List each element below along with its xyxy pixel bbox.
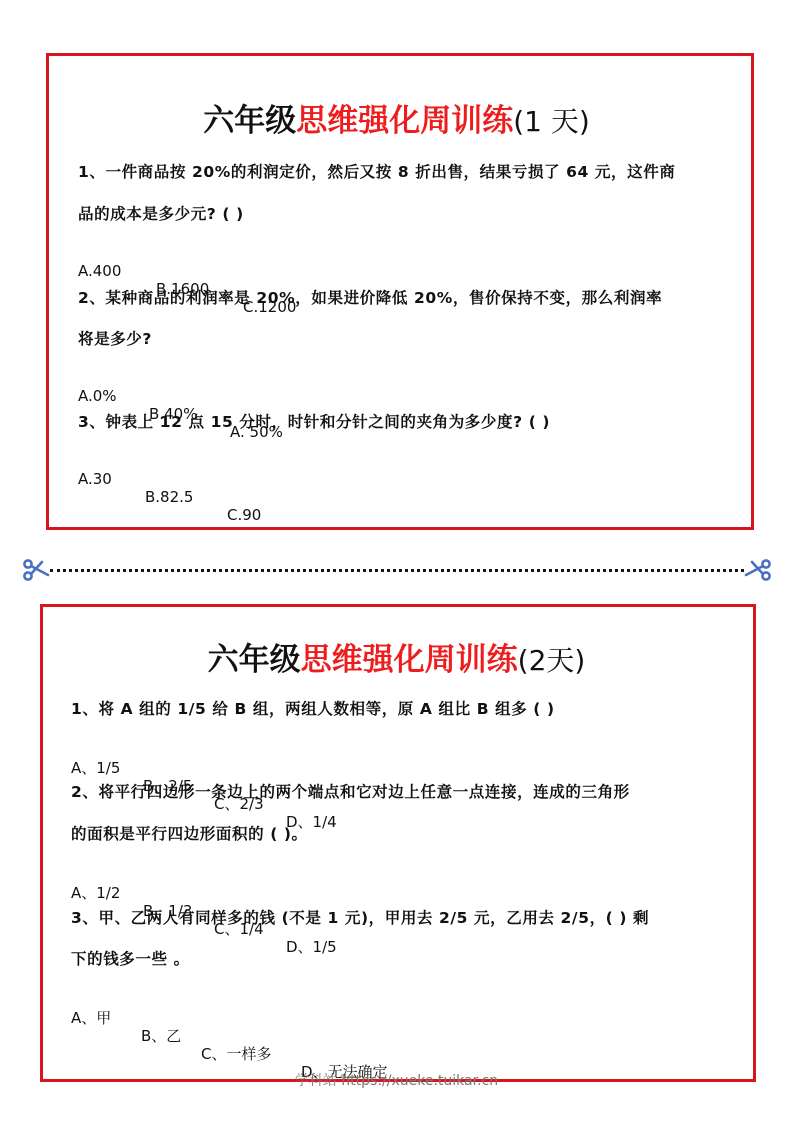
day2-q2-option-d: D、1/5 xyxy=(286,936,337,957)
day2-q2-line2: 的面积是平行四边形面积的 ( )。 xyxy=(71,822,308,844)
day1-q3-option-b: B.82.5 xyxy=(145,488,193,506)
day2-q3-line2: 下的钱多一些 。 xyxy=(71,947,190,969)
day1-q3-line1: 3、钟表上 12 点 15 分时，时针和分针之间的夹角为多少度? ( ) xyxy=(78,410,550,432)
day1-q1-option-a: A.400 xyxy=(78,262,121,280)
scissors-icon xyxy=(744,557,772,583)
day2-title-suffix: (2天) xyxy=(518,644,586,677)
day1-title-highlight: 思维强化周训练 xyxy=(296,103,513,139)
day1-q1-line2: 品的成本是多少元? ( ) xyxy=(78,202,244,224)
day1-q2-line2: 将是多少? xyxy=(78,327,152,349)
day2-q1-line1: 1、将 A 组的 1/5 给 B 组，两组人数相等，原 A 组比 B 组多 ( … xyxy=(71,697,555,719)
day2-q2-option-a: A、1/2 xyxy=(71,882,120,903)
cut-dotted-line xyxy=(50,569,744,572)
day2-q3-option-b: B、乙 xyxy=(141,1025,181,1046)
day1-title-prefix: 六年级 xyxy=(203,103,296,139)
day2-q3-option-a: A、甲 xyxy=(71,1007,111,1028)
day2-q3-options: A、甲 B、乙 C、一样多 D、无法确定 xyxy=(71,989,81,1079)
day1-q2-line1: 2、某种商品的利润率是 20%，如果进价降低 20%，售价保持不变，那么利润率 xyxy=(78,286,662,308)
day1-q3-options: A.30 B.82.5 C.90 xyxy=(78,452,88,524)
day2-title-prefix: 六年级 xyxy=(208,642,301,678)
day1-title-suffix: (1 天) xyxy=(513,105,590,138)
day1-q3-option-a: A.30 xyxy=(78,470,112,488)
day1-q3-option-c: C.90 xyxy=(227,506,261,524)
watermark: 学科站 https://xueke.tuikar.cn xyxy=(0,1070,793,1090)
day2-title: 六年级思维强化周训练(2天) xyxy=(0,634,793,679)
scissors-icon xyxy=(22,557,50,583)
day1-q1-line1: 1、一件商品按 20%的利润定价，然后又按 8 折出售，结果亏损了 64 元，这… xyxy=(78,160,675,182)
day2-title-highlight: 思维强化周训练 xyxy=(301,642,518,678)
day2-q3-line1: 3、甲、乙两人有同样多的钱 (不是 1 元)，甲用去 2/5 元，乙用去 2/5… xyxy=(71,906,649,928)
day2-q3-option-c: C、一样多 xyxy=(201,1043,271,1064)
day2-q1-option-a: A、1/5 xyxy=(71,757,120,778)
day1-q2-option-a: A.0% xyxy=(78,387,117,405)
day2-q2-line1: 2、将平行四边形一条边上的两个端点和它对边上任意一点连接，连成的三角形 xyxy=(71,780,630,802)
day1-title: 六年级思维强化周训练(1 天) xyxy=(0,95,793,140)
